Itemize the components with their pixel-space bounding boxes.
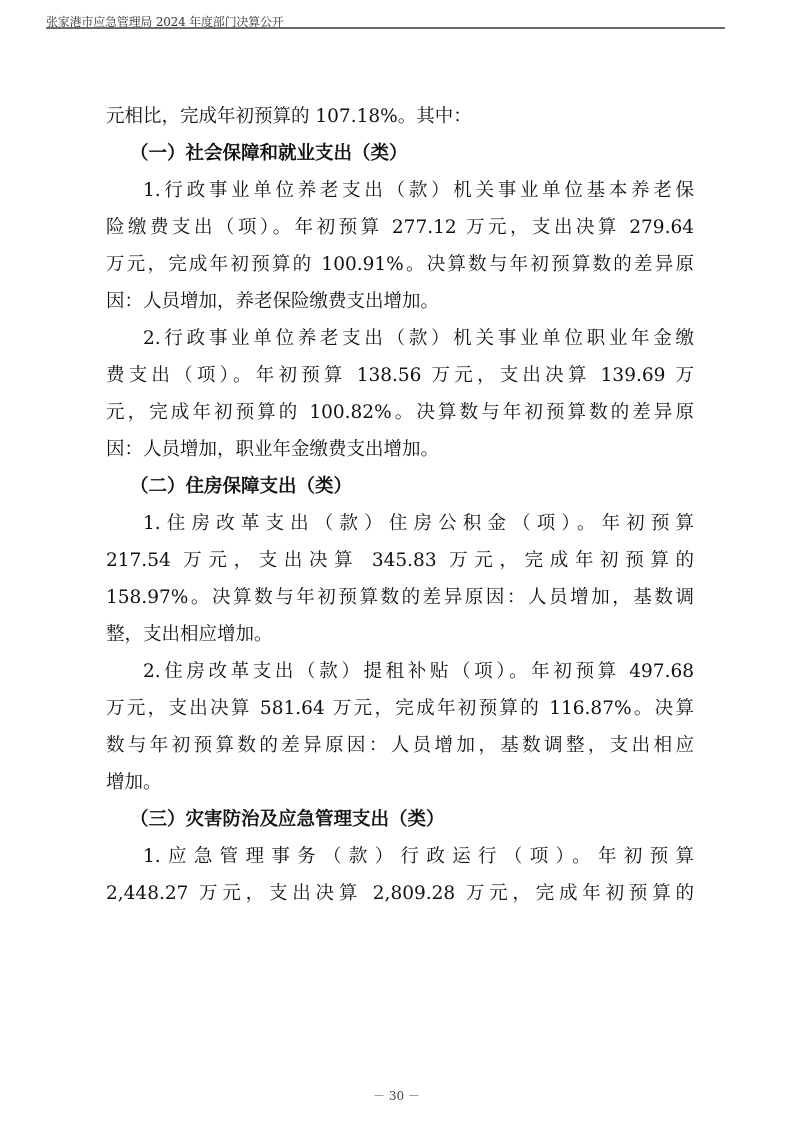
paragraph-line: 217.54 万元，支出决算 345.83 万元，完成年初预算的 xyxy=(106,542,694,579)
paragraph-line: 万元，完成年初预算的 100.91%。决算数与年初预算数的差异原 xyxy=(106,246,694,283)
document-body: 元相比，完成年初预算的 107.18%。其中： （一）社会保障和就业支出（类） … xyxy=(106,98,694,912)
paragraph-line: 158.97%。决算数与年初预算数的差异原因：人员增加，基数调 xyxy=(106,579,694,616)
paragraph-line: 数与年初预算数的差异原因：人员增加，基数调整，支出相应 xyxy=(106,727,694,764)
section-heading-housing: （二）住房保障支出（类） xyxy=(106,468,694,505)
paragraph-line: 元相比，完成年初预算的 107.18%。其中： xyxy=(106,98,694,135)
paragraph-line: 元，完成年初预算的 100.82%。决算数与年初预算数的差异原 xyxy=(106,394,694,431)
section-heading-disaster-emergency: （三）灾害防治及应急管理支出（类） xyxy=(106,801,694,838)
paragraph-line: 2.行政事业单位养老支出（款）机关事业单位职业年金缴 xyxy=(106,320,694,357)
paragraph-line: 费支出（项）。年初预算 138.56 万元，支出决算 139.69 万 xyxy=(106,357,694,394)
paragraph-line: 增加。 xyxy=(106,764,694,801)
paragraph-line: 1.行政事业单位养老支出（款）机关事业单位基本养老保 xyxy=(106,172,694,209)
paragraph-line: 2.住房改革支出（款）提租补贴（项）。年初预算 497.68 xyxy=(106,653,694,690)
page-number: － 30 － xyxy=(0,1087,793,1104)
header-divider xyxy=(46,27,725,29)
paragraph-line: 1.应急管理事务（款）行政运行（项）。年初预算 xyxy=(106,838,694,875)
paragraph-line: 险缴费支出（项）。年初预算 277.12 万元，支出决算 279.64 xyxy=(106,209,694,246)
paragraph-line: 2,448.27 万元，支出决算 2,809.28 万元，完成年初预算的 xyxy=(106,875,694,912)
section-heading-social-security: （一）社会保障和就业支出（类） xyxy=(106,135,694,172)
paragraph-line: 整，支出相应增加。 xyxy=(106,616,694,653)
paragraph-line: 万元，支出决算 581.64 万元，完成年初预算的 116.87%。决算 xyxy=(106,690,694,727)
paragraph-line: 1.住房改革支出（款）住房公积金（项）。年初预算 xyxy=(106,505,694,542)
paragraph-line: 因：人员增加，养老保险缴费支出增加。 xyxy=(106,283,694,320)
paragraph-line: 因：人员增加，职业年金缴费支出增加。 xyxy=(106,431,694,468)
